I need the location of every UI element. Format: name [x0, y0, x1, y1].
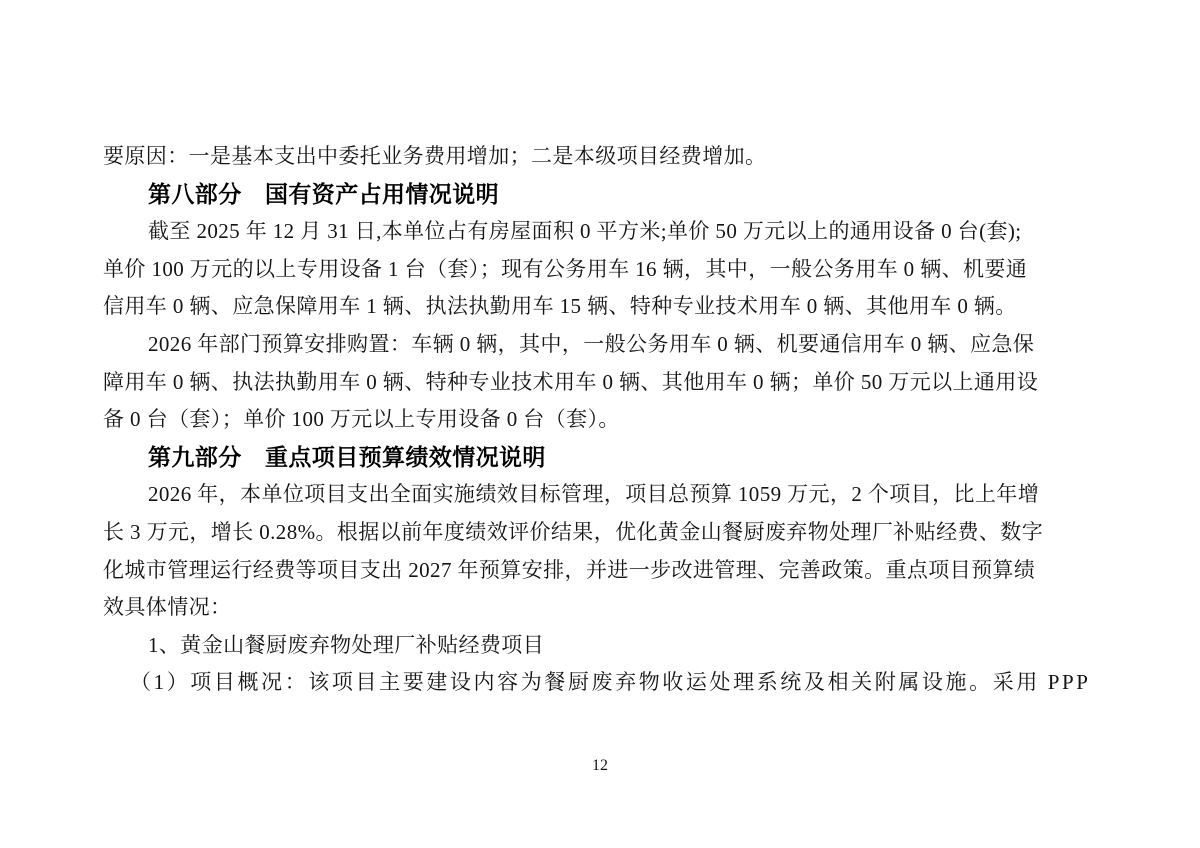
text-line: 信用车 0 辆、应急保障用车 1 辆、执法执勤用车 15 辆、特种专业技术用车 …	[103, 288, 1103, 326]
document-page: 要原因：一是基本支出中委托业务费用增加；二是本级项目经费增加。 第八部分 国有资…	[0, 0, 1200, 848]
text-line: 单价 100 万元的以上专用设备 1 台（套）；现有公务用车 16 辆，其中，一…	[103, 251, 1103, 289]
section-heading-part9: 第九部分 重点项目预算绩效情况说明	[103, 439, 1103, 477]
text-line: 2026 年部门预算安排购置：车辆 0 辆，其中，一般公务用车 0 辆、机要通信…	[103, 326, 1103, 364]
text-line: 效具体情况：	[103, 589, 1103, 627]
text-line: 2026 年，本单位项目支出全面实施绩效目标管理，项目总预算 1059 万元，2…	[103, 476, 1103, 514]
document-body: 要原因：一是基本支出中委托业务费用增加；二是本级项目经费增加。 第八部分 国有资…	[103, 138, 1103, 702]
section-heading-part8: 第八部分 国有资产占用情况说明	[103, 176, 1103, 214]
text-line: 截至 2025 年 12 月 31 日,本单位占有房屋面积 0 平方米;单价 5…	[103, 213, 1103, 251]
page-number: 12	[0, 757, 1200, 775]
text-line: 长 3 万元，增长 0.28%。根据以前年度绩效评价结果，优化黄金山餐厨废弃物处…	[103, 514, 1103, 552]
list-item-project-1: 1、黄金山餐厨废弃物处理厂补贴经费项目	[103, 627, 1103, 665]
text-line: 要原因：一是基本支出中委托业务费用增加；二是本级项目经费增加。	[103, 138, 1103, 176]
text-line: 障用车 0 辆、执法执勤用车 0 辆、特种专业技术用车 0 辆、其他用车 0 辆…	[103, 364, 1103, 402]
text-line: 备 0 台（套）；单价 100 万元以上专用设备 0 台（套）。	[103, 401, 1103, 439]
text-line: 化城市管理运行经费等项目支出 2027 年预算安排，并进一步改进管理、完善政策。…	[103, 552, 1103, 590]
text-line: （1）项目概况：该项目主要建设内容为餐厨废弃物收运处理系统及相关附属设施。采用 …	[103, 664, 1103, 702]
